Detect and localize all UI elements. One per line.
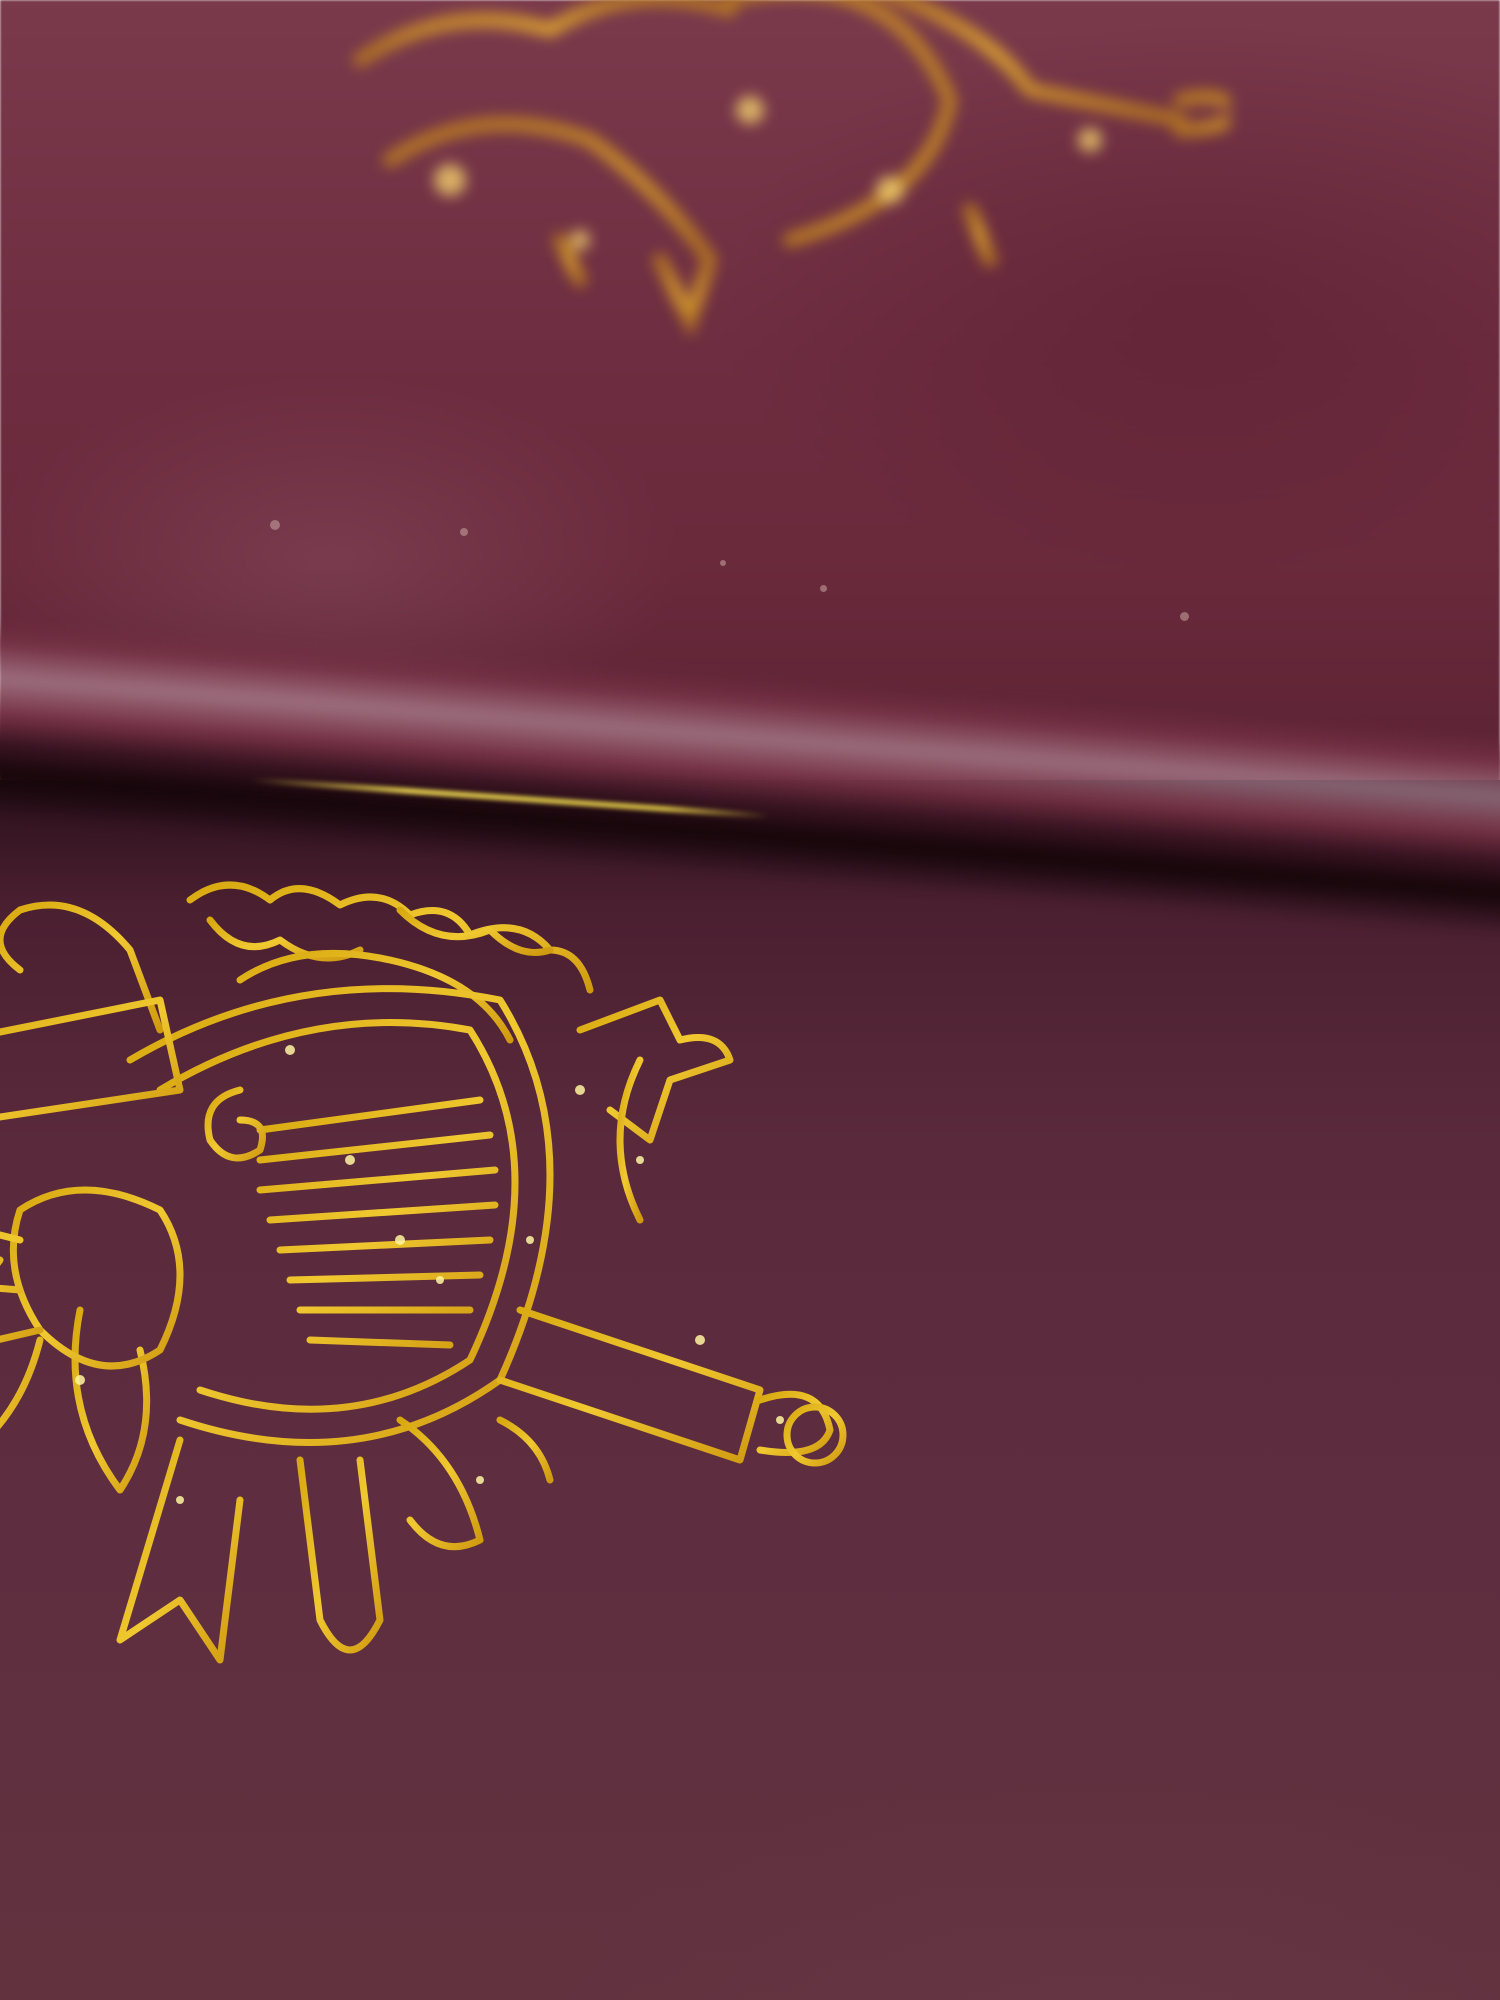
dust-speck [720, 560, 726, 566]
upper-gold-emblem [330, 0, 1230, 340]
dust-speck [1180, 612, 1189, 621]
dust-speck [460, 528, 468, 536]
dust-speck [820, 585, 827, 592]
photo-scene: Close-up photograph of burgundy leather … [0, 0, 1500, 2000]
dust-speck [270, 520, 280, 530]
lower-gold-emblem [0, 860, 1020, 1680]
